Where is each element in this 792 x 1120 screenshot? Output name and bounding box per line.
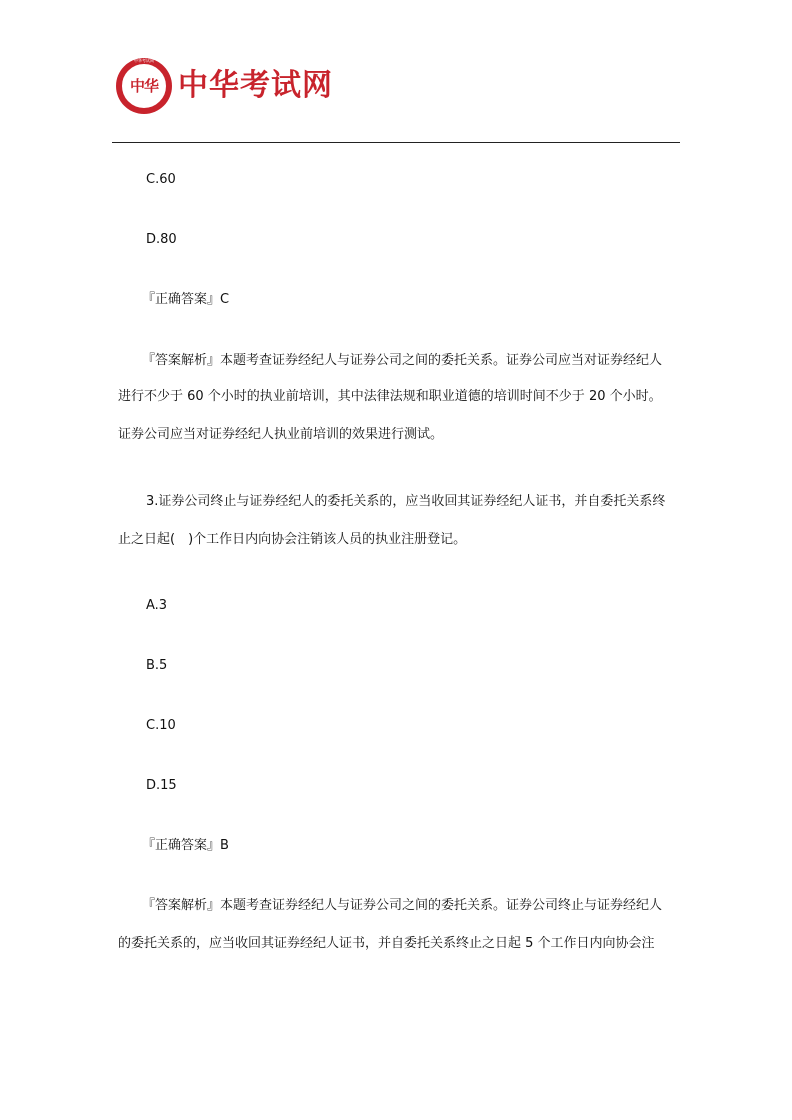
emblem-inner: 中华 [121, 63, 167, 109]
emblem-glyph: 中华 [130, 79, 158, 94]
analysis-line-1: 『答案解析』本题考查证券经纪人与证券公司之间的委托关系。证券公司应当对证券经纪人 [142, 351, 662, 371]
analysis-line-1: 『答案解析』本题考查证券经纪人与证券公司之间的委托关系。证券公司终止与证券经纪人 [142, 896, 662, 916]
logo-emblem-icon: 中华考试网 中华 [116, 58, 172, 114]
correct-answer: 『正确答案』B [142, 836, 229, 856]
analysis-line-2: 进行不少于 60 个小时的执业前培训，其中法律法规和职业道德的培训时间不少于 2… [118, 387, 662, 407]
correct-answer: 『正确答案』C [142, 290, 229, 310]
option-c: C.60 [146, 170, 176, 190]
analysis-line-2: 的委托关系的，应当收回其证券经纪人证书，并自委托关系终止之日起 5 个工作日内向… [118, 934, 655, 954]
brand-logo-text: 中华考试网 [178, 71, 333, 101]
option-b: B.5 [146, 656, 167, 676]
option-d: D.80 [146, 230, 177, 250]
page-header: 中华考试网 中华 中华考试网 [116, 56, 333, 116]
option-d: D.15 [146, 776, 177, 796]
question-3-stem-line-2: 止之日起( )个工作日内向协会注销该人员的执业注册登记。 [118, 530, 466, 550]
option-a: A.3 [146, 596, 167, 616]
question-3-stem-line-1: 3.证券公司终止与证券经纪人的委托关系的，应当收回其证券经纪人证书，并自委托关系… [146, 492, 665, 512]
header-divider [112, 142, 680, 143]
analysis-line-3: 证券公司应当对证券经纪人执业前培训的效果进行测试。 [118, 425, 443, 445]
option-c: C.10 [146, 716, 176, 736]
